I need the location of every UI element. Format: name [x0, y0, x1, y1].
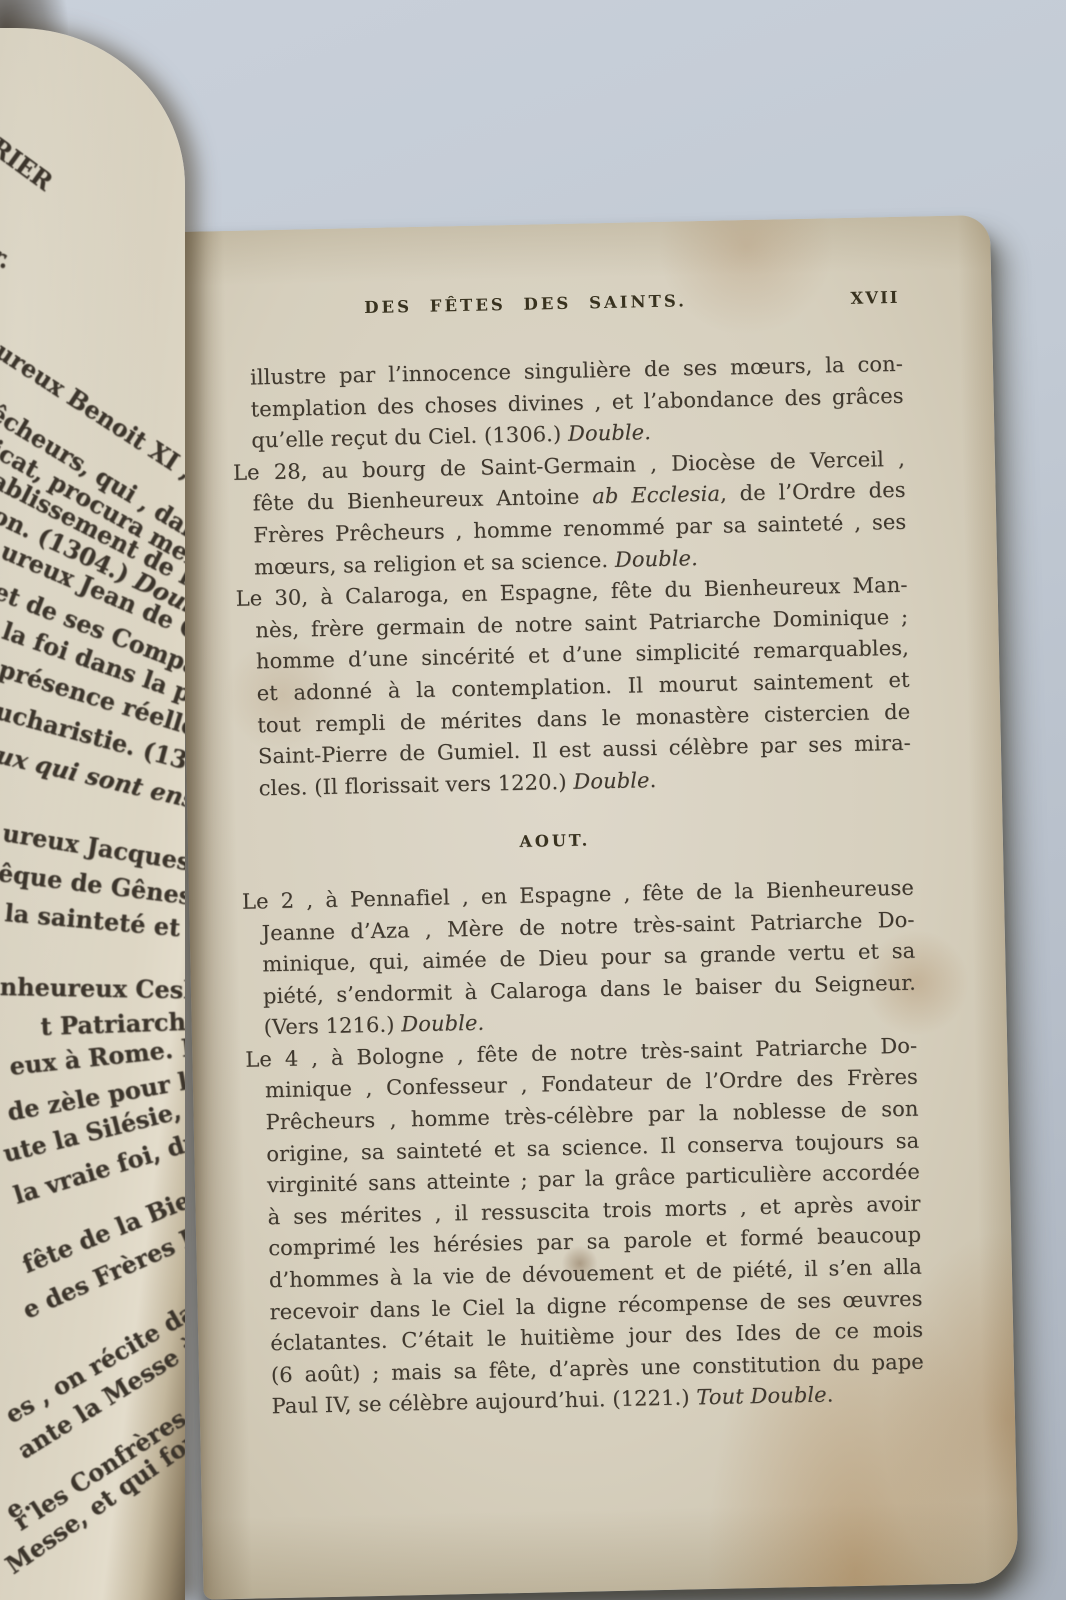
text-segment: Double. — [401, 1011, 484, 1037]
text-segment: fête du Bienheureux Antoine — [252, 485, 592, 516]
text-segment: Paul IV, se célèbre aujourd’hui. (1221.) — [271, 1386, 696, 1419]
text-segment: . — [649, 768, 656, 792]
text-segment: , de l’Ordre des — [720, 478, 906, 506]
text-segment: . — [826, 1383, 833, 1407]
paragraph: Le 30, à Calaroga, en Espagne, fête du B… — [235, 570, 911, 805]
book-photo: DES FÊTES DES SAINTS. XVII illustre par … — [0, 0, 1066, 1600]
page-number: XVII — [850, 288, 899, 308]
text-segment: ab Ecclesia — [592, 482, 720, 509]
page-body: illustre par l’innocence singulière de s… — [231, 349, 925, 1424]
paragraph: illustre par l’innocence singulière de s… — [231, 349, 905, 458]
left-page-text-fragment: nheureux Ceslas, Conf — [0, 972, 185, 1006]
book-page-right: DES FÊTES DES SAINTS. XVII illustre par … — [175, 215, 1018, 1600]
text-segment: Tout Double — [696, 1383, 827, 1410]
paragraph: Le 4 , à Bologne , fête de notre très-sa… — [245, 1031, 925, 1424]
text-segment: Double. — [568, 420, 651, 446]
text-segment: cles. (Il florissait vers 1220.) — [258, 769, 573, 800]
text-segment: Double. — [615, 546, 698, 572]
left-page-text-fragment: r. — [0, 240, 18, 275]
paragraph: Le 2 , à Pennafiel , en Espagne , fête d… — [242, 873, 917, 1045]
text-segment: nheureux Ceslas, Conf — [0, 972, 185, 1006]
text-segment: (Vers 1216.) — [263, 1013, 401, 1040]
left-page-text-fragment: RIER — [0, 132, 58, 196]
month-heading: AOUT. — [219, 818, 892, 864]
text-segment: Double — [573, 768, 650, 794]
book-page-left-curled: RIERr.ureux Benoit XI , de Rêcheurs, qui… — [0, 28, 185, 1600]
page-title: DES FÊTES DES SAINTS. — [189, 288, 861, 321]
text-segment: r. — [0, 240, 18, 275]
text-segment: qu’elle reçut du Ciel. (1306.) — [251, 422, 568, 453]
page-header: DES FÊTES DES SAINTS. XVII — [229, 287, 901, 327]
text-segment: RIER — [0, 132, 58, 196]
paragraph: Le 28, au bourg de Saint-Germain , Diocè… — [233, 444, 907, 584]
text-segment: mœurs, sa religion et sa science. — [254, 547, 615, 579]
